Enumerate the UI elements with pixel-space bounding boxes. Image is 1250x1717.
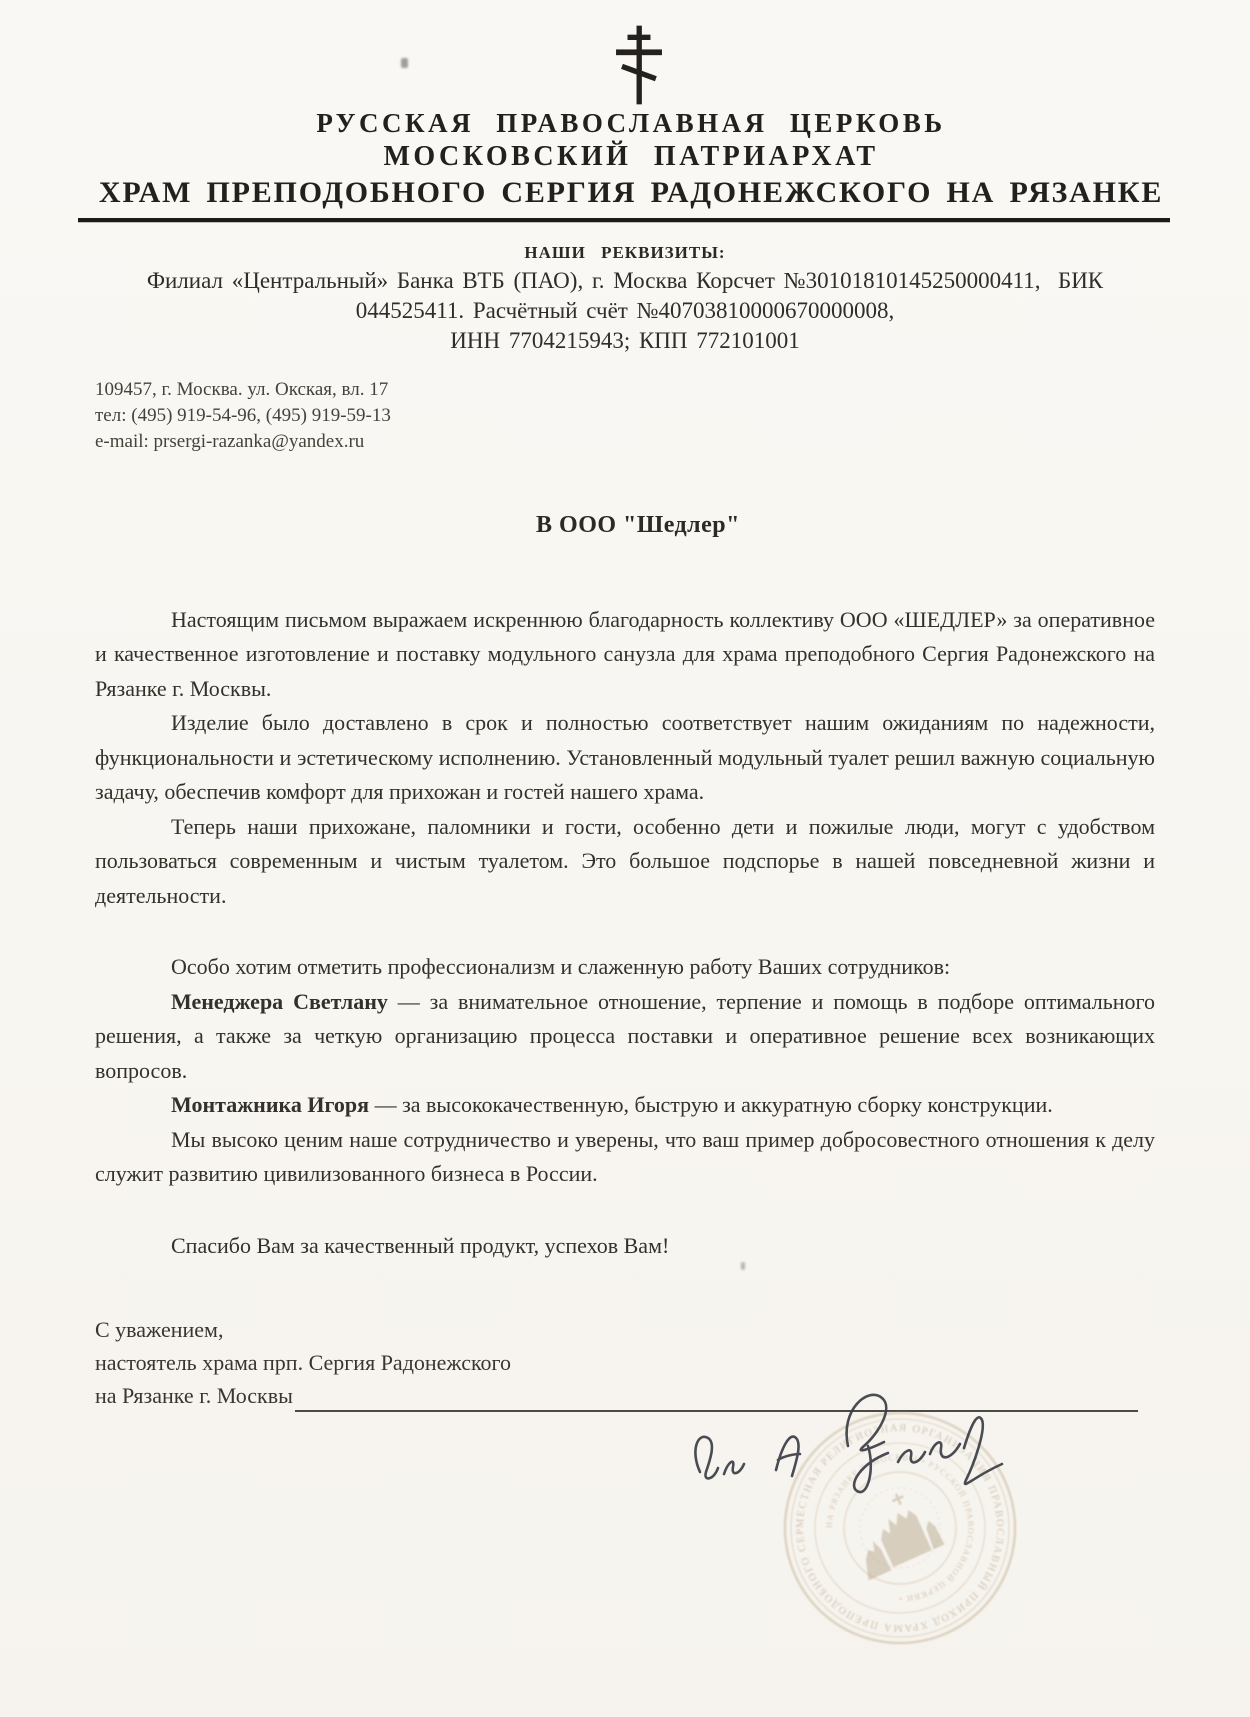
requisites-line-bank: Филиал «Центральный» Банка ВТБ (ПАО), г.… <box>0 266 1250 296</box>
closing-regards-line: С уважением, <box>95 1313 1250 1346</box>
closing-title-line: настоятель храма прп. Сергия Радонежског… <box>95 1346 1250 1379</box>
orthodox-cross-icon <box>609 24 669 106</box>
phone-line: тел: (495) 919-54-96, (495) 919-59-13 <box>95 403 1250 429</box>
body-paragraph-7: Мы высоко ценим наше сотрудничество и ув… <box>95 1123 1155 1192</box>
closing-block: С уважением, настоятель храма прп. Серги… <box>95 1313 1250 1412</box>
requisites-line-account: 044525411. Расчётный счёт №4070381000067… <box>0 296 1250 326</box>
recipient-heading: В ООО "Шедлер" <box>13 512 1250 539</box>
installer-praise-text: — за высококачественную, быструю и аккур… <box>369 1092 1053 1117</box>
installer-name-bold: Монтажника Игоря <box>171 1092 369 1117</box>
parish-seal-stamp: МЕСТНАЯ РЕЛИГИОЗНАЯ ОРГАНИЗАЦИЯ ПРАВОСЛА… <box>778 1406 1022 1650</box>
org-name-line3: ХРАМ ПРЕПОДОБНОГО СЕРГИЯ РАДОНЕЖСКОГО НА… <box>6 174 1250 211</box>
scanned-letter-page: РУССКАЯ ПРАВОСЛАВНАЯ ЦЕРКОВЬ МОСКОВСКИЙ … <box>0 0 1250 1717</box>
signature-row: на Рязанке г. Москвы <box>95 1379 1138 1412</box>
email-line: e-mail: prsergi-razanka@yandex.ru <box>95 429 1250 455</box>
body-paragraph-6: Монтажника Игоря — за высококачественную… <box>95 1088 1155 1123</box>
header-rule <box>78 218 1170 222</box>
body-paragraph-4: Особо хотим отметить профессионализм и с… <box>95 950 1155 985</box>
letter-body: Настоящим письмом выражаем искреннюю бла… <box>95 603 1155 1264</box>
body-paragraph-5: Менеджера Светлану — за внимательное отн… <box>95 985 1155 1089</box>
manager-name-bold: Менеджера Светлану <box>171 989 388 1014</box>
requisites-block: Филиал «Центральный» Банка ВТБ (ПАО), г.… <box>0 266 1250 356</box>
contact-block: 109457, г. Москва. ул. Окская, вл. 17 те… <box>95 377 1250 455</box>
body-paragraph-2: Изделие было доставлено в срок и полност… <box>95 706 1155 810</box>
body-paragraph-3: Теперь наши прихожане, паломники и гости… <box>95 810 1155 914</box>
closing-place-line: на Рязанке г. Москвы <box>95 1379 293 1412</box>
seal-inner-ring-text: НА РЯЗАНКЕ Г. МОСКВЫ • РУССКОЙ ПРАВОСЛАВ… <box>824 1452 976 1604</box>
scan-speck <box>741 1262 745 1270</box>
org-name-line2: МОСКОВСКИЙ ПАТРИАРХАТ <box>6 140 1250 174</box>
seal-church-emblem <box>841 1484 945 1580</box>
body-paragraph-1: Настоящим письмом выражаем искреннюю бла… <box>95 603 1155 707</box>
svg-text:НА РЯЗАНКЕ Г. МОСКВЫ • РУССКОЙ: НА РЯЗАНКЕ Г. МОСКВЫ • РУССКОЙ ПРАВОСЛАВ… <box>824 1452 976 1604</box>
org-name-line1: РУССКАЯ ПРАВОСЛАВНАЯ ЦЕРКОВЬ <box>6 106 1250 140</box>
signature-underline <box>295 1384 1138 1412</box>
address-line: 109457, г. Москва. ул. Окская, вл. 17 <box>95 377 1250 403</box>
requisites-title: НАШИ РЕКВИЗИТЫ: <box>0 243 1250 263</box>
requisites-line-inn-kpp: ИНН 7704215943; КПП 772101001 <box>0 326 1250 356</box>
body-paragraph-8: Спасибо Вам за качественный продукт, усп… <box>95 1229 1155 1264</box>
letterhead: РУССКАЯ ПРАВОСЛАВНАЯ ЦЕРКОВЬ МОСКОВСКИЙ … <box>0 0 1250 211</box>
seal-outer-ring-text: МЕСТНАЯ РЕЛИГИОЗНАЯ ОРГАНИЗАЦИЯ ПРАВОСЛА… <box>778 1406 1005 1633</box>
scan-speck <box>401 58 408 68</box>
svg-text:МЕСТНАЯ РЕЛИГИОЗНАЯ ОРГАНИЗАЦИ: МЕСТНАЯ РЕЛИГИОЗНАЯ ОРГАНИЗАЦИЯ ПРАВОСЛА… <box>778 1406 1005 1633</box>
